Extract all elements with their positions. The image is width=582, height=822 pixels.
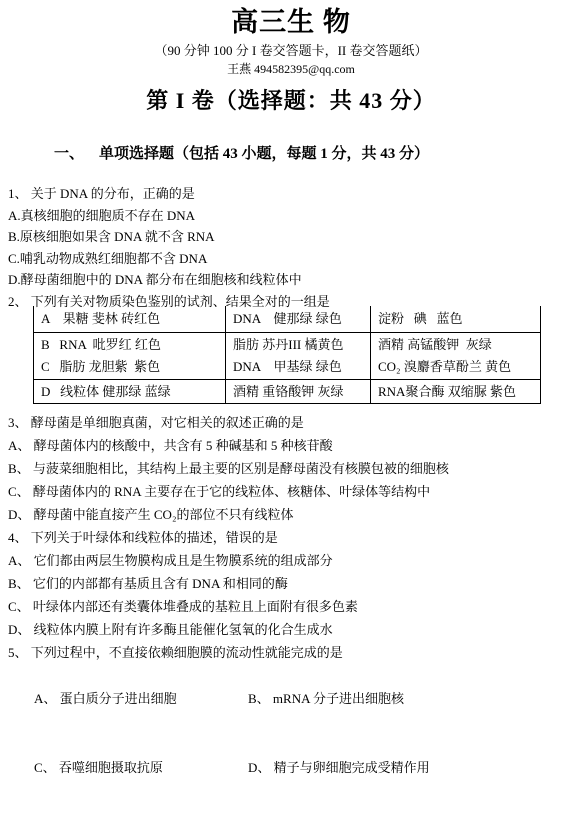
question-1-stem: 1、 关于 DNA 的分布，正确的是: [8, 183, 576, 205]
table-cell: RNA聚合酶 双缩脲 紫色: [371, 380, 541, 404]
table-cell: 酒精 高锰酸钾 灰绿 CO₂ 溴麝香草酚兰 黄色: [371, 333, 541, 380]
cell-text: 酒精 重铬酸钾 灰绿: [233, 381, 370, 403]
cell-text: C 脂肪 龙胆紫 紫色: [41, 356, 225, 378]
question-3-option-c: C、 酵母菌体内的 RNA 主要存在于它的线粒体、核糖体、叶绿体等结构中: [8, 480, 576, 503]
question-5-option-c: C、 吞噬细胞摄取抗原: [34, 756, 248, 779]
question-1-option-b: B.原核细胞如果含 DNA 就不含 RNA: [8, 226, 576, 248]
cell-text: DNA 甲基绿 绿色: [233, 356, 370, 378]
question-1-option-d: D.酵母菌细胞中的 DNA 都分布在细胞核和线粒体中: [8, 269, 576, 291]
table-cell: D 线粒体 健那绿 蓝绿: [34, 380, 226, 404]
question-4-option-d: D、 线粒体内膜上附有许多酶且能催化氢氧的化合生成水: [8, 618, 576, 641]
cell-text: DNA 健那绿 绿色: [233, 308, 370, 330]
section-heading: 一、 单项选择题（包括 43 小题，每题 1 分，共 43 分）: [54, 144, 582, 164]
table-cell: 脂肪 苏丹III 橘黄色 DNA 甲基绿 绿色: [226, 333, 371, 380]
question-3-stem: 3、 酵母菌是单细胞真菌，对它相关的叙述正确的是: [8, 411, 576, 434]
question-3-option-d: D、 酵母菌中能直接产生 CO₂的部位不只有线粒体: [8, 503, 576, 526]
table-cell: B RNA 吡罗红 红色 C 脂肪 龙胆紫 紫色: [34, 333, 226, 380]
table-cell: 酒精 重铬酸钾 灰绿: [226, 380, 371, 404]
question-5-option-d: D、 精子与卵细胞完成受精作用: [248, 756, 430, 779]
table-row-a: A 果糖 斐林 砖红色 DNA 健那绿 绿色 淀粉 碘 蓝色: [34, 306, 541, 333]
exam-info-line: （90 分钟 100 分 I 卷交答题卡，II 卷交答题纸）: [0, 43, 582, 59]
question-list: 1、 关于 DNA 的分布，正确的是 A.真核细胞的细胞质不存在 DNA B.原…: [8, 183, 576, 802]
exam-page: 高三生 物 （90 分钟 100 分 I 卷交答题卡，II 卷交答题纸） 王燕 …: [0, 0, 582, 822]
table-row-d: D 线粒体 健那绿 蓝绿 酒精 重铬酸钾 灰绿 RNA聚合酶 双缩脲 紫色: [34, 380, 541, 404]
question-4-option-b: B、 它们的内部都有基质且含有 DNA 和相同的酶: [8, 572, 576, 595]
question-2-reagent-table: A 果糖 斐林 砖红色 DNA 健那绿 绿色 淀粉 碘 蓝色 B RNA 吡罗红…: [33, 306, 541, 404]
questions-3-to-5-block: 3、 酵母菌是单细胞真菌，对它相关的叙述正确的是 A、 酵母菌体内的核酸中，共含…: [8, 411, 576, 802]
table-row-b-c: B RNA 吡罗红 红色 C 脂肪 龙胆紫 紫色 脂肪 苏丹III 橘黄色 DN…: [34, 333, 541, 380]
table-cell: DNA 健那绿 绿色: [226, 306, 371, 333]
question-5-options-row-2: C、 吞噬细胞摄取抗原D、 精子与卵细胞完成受精作用: [8, 733, 576, 802]
question-5-option-b: B、 mRNA 分子进出细胞核: [248, 687, 404, 710]
cell-text: 脂肪 苏丹III 橘黄色: [233, 334, 370, 356]
cell-text: 酒精 高锰酸钾 灰绿: [378, 334, 540, 356]
question-5-option-a: A、 蛋白质分子进出细胞: [34, 687, 248, 710]
question-1-option-c: C.哺乳动物成熟红细胞都不含 DNA: [8, 248, 576, 270]
question-5-options-row-1: A、 蛋白质分子进出细胞B、 mRNA 分子进出细胞核: [8, 664, 576, 733]
part-one-title: 第 I 卷（选择题：共 43 分）: [0, 88, 582, 114]
question-3-option-b: B、 与菠菜细胞相比，其结构上最主要的区别是酵母菌没有核膜包被的细胞核: [8, 457, 576, 480]
question-3-option-a: A、 酵母菌体内的核酸中，共含有 5 种碱基和 5 种核苷酸: [8, 434, 576, 457]
cell-text: 淀粉 碘 蓝色: [378, 308, 540, 330]
cell-text: B RNA 吡罗红 红色: [41, 334, 225, 356]
cell-text: CO₂ 溴麝香草酚兰 黄色: [378, 356, 540, 378]
question-4-stem: 4、 下列关于叶绿体和线粒体的描述，错误的是: [8, 526, 576, 549]
question-4-option-a: A、 它们都由两层生物膜构成且是生物膜系统的组成部分: [8, 549, 576, 572]
cell-text: RNA聚合酶 双缩脲 紫色: [378, 381, 540, 403]
question-4-option-c: C、 叶绿体内部还有类囊体堆叠成的基粒且上面附有很多色素: [8, 595, 576, 618]
page-title: 高三生 物: [0, 0, 582, 38]
cell-text: D 线粒体 健那绿 蓝绿: [41, 381, 225, 403]
author-contact-line: 王燕 494582395@qq.com: [0, 62, 582, 77]
question-1-option-a: A.真核细胞的细胞质不存在 DNA: [8, 205, 576, 227]
table-cell: 淀粉 碘 蓝色: [371, 306, 541, 333]
question-1-block: 1、 关于 DNA 的分布，正确的是 A.真核细胞的细胞质不存在 DNA B.原…: [8, 183, 576, 312]
question-5-stem: 5、 下列过程中，不直接依赖细胞膜的流动性就能完成的是: [8, 641, 576, 664]
